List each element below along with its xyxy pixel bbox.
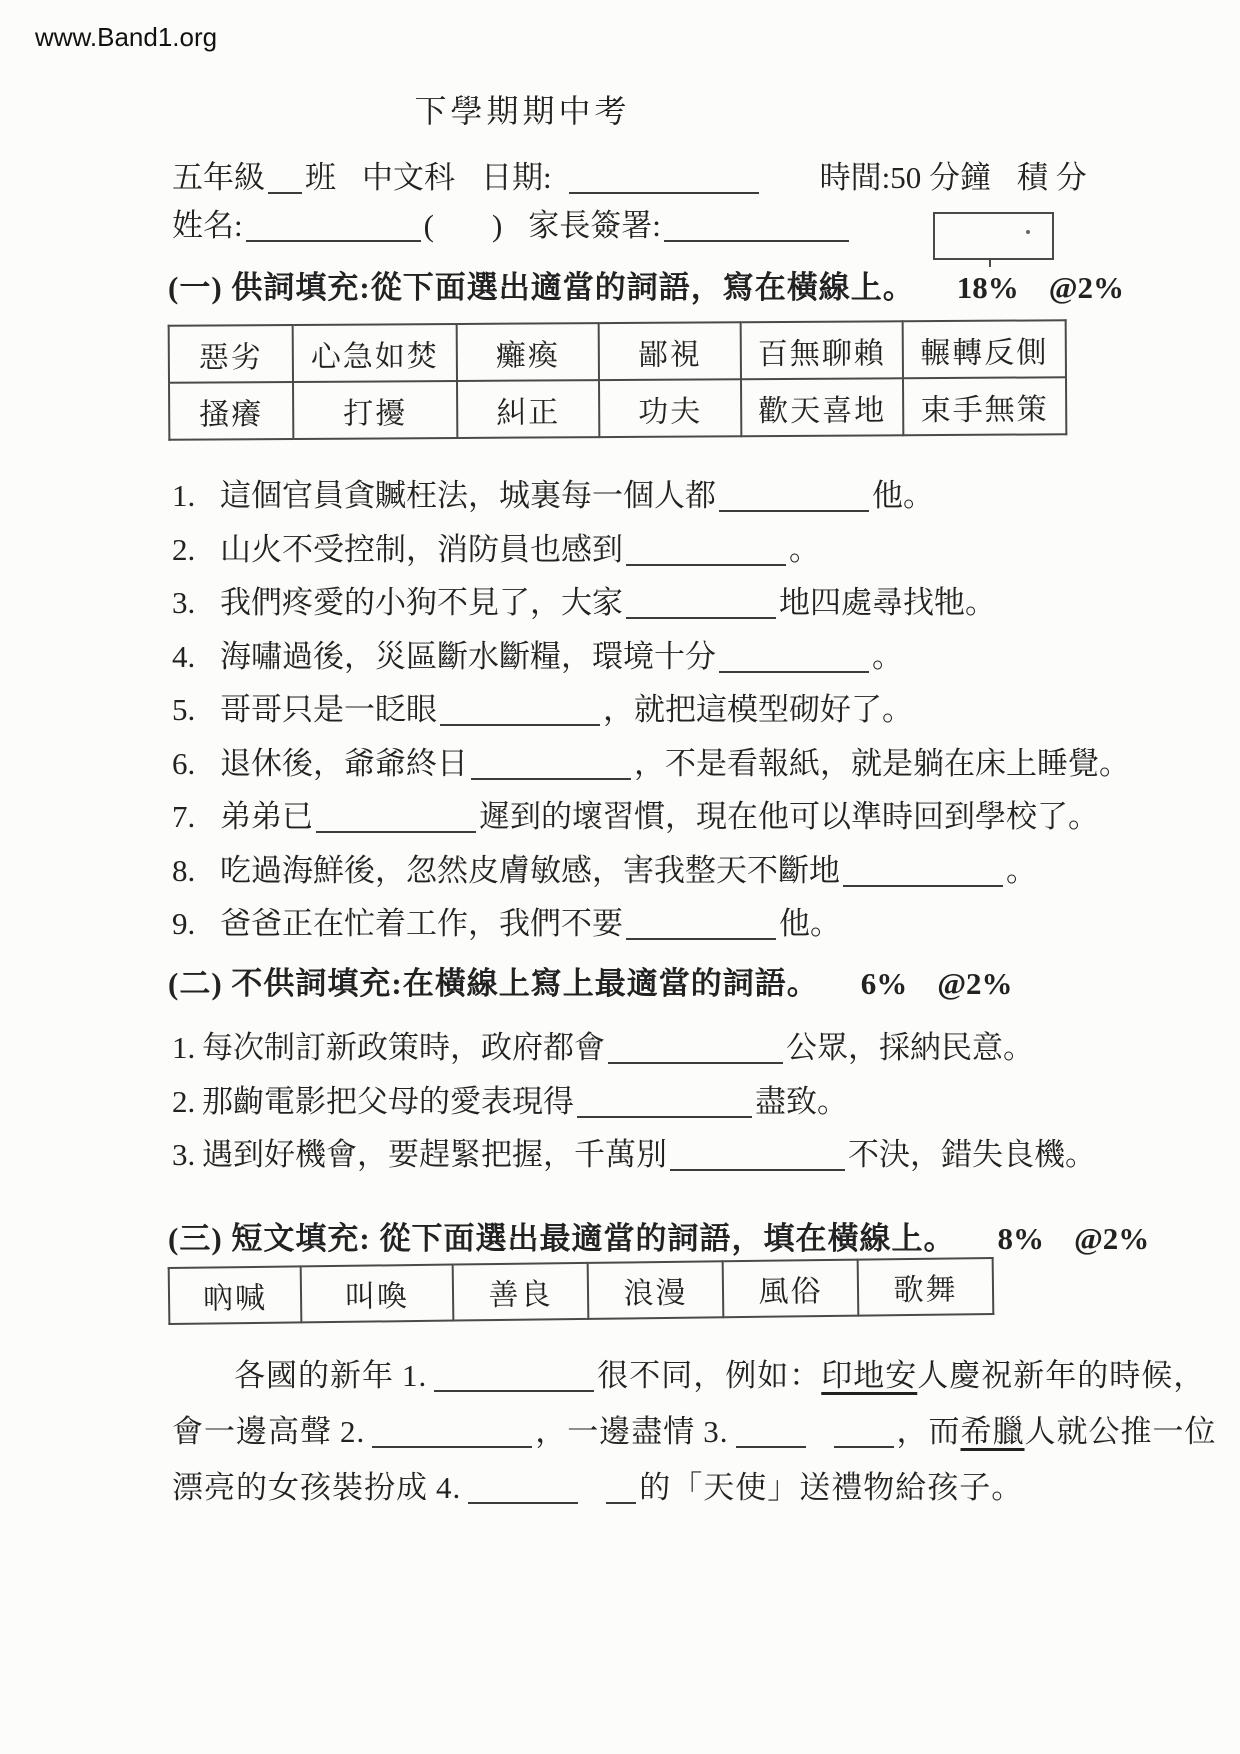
passage-text: 的「天使」送禮物給孩子。	[639, 1470, 1023, 1505]
word-bank-cell: 糾正	[457, 380, 599, 438]
question-text: ，就把這模型砌好了。	[603, 692, 913, 727]
answer-blank-line	[670, 1139, 845, 1171]
answer-blank-line	[719, 641, 869, 673]
passage-text: 很不同，例如：	[597, 1358, 821, 1393]
section1-heading: (一) 供詞填充:從下面選出適當的詞語，寫在橫線上。18%@2%	[168, 262, 1124, 307]
word-bank-cell: 束手無策	[903, 377, 1066, 435]
word-bank-cell: 吶喊	[169, 1266, 302, 1324]
section2-heading-text: (二) 不供詞填充:在橫線上寫上最適當的詞語。	[168, 966, 819, 1001]
section2-heading: (二) 不供詞填充:在橫線上寫上最適當的詞語。6%@2%	[168, 958, 1013, 1003]
passage-blank-number: 1.	[402, 1358, 427, 1393]
question-number: 1.	[172, 1030, 196, 1066]
class-blank-line	[268, 162, 302, 194]
question-number: 2.	[172, 1084, 196, 1120]
answer-blank-line	[434, 1360, 594, 1392]
question-line: 1.每次制訂新政策時，政府都會公眾，採納民意。	[172, 1022, 1210, 1076]
passage-blank-number: 4.	[436, 1470, 461, 1505]
word-bank-cell: 心急如焚	[293, 324, 457, 382]
section1-questions: 1.這個官員貪贓枉法，城裏每一個人都他。 2.山火不受控制，消防員也感到。 3.…	[172, 470, 1210, 952]
question-text: 吃過海鮮後，忽然皮膚敏感，害我整天不斷地	[220, 853, 840, 888]
question-text: 哥哥只是一眨眼	[220, 692, 437, 727]
paren-open: (	[424, 208, 434, 243]
name-blank-line	[246, 210, 421, 242]
score-box	[933, 212, 1054, 260]
grade-label: 五年級	[172, 160, 265, 195]
paren-close: )	[492, 208, 502, 243]
question-line: 9.爸爸正在忙着工作，我們不要他。	[172, 898, 1210, 952]
question-text: 遲到的壞習慣，現在他可以準時回到學校了。	[479, 799, 1099, 834]
word-bank-cell: 百無聊賴	[741, 321, 903, 379]
date-blank-line	[569, 162, 759, 194]
exam-title: 下學期期中考	[0, 86, 1045, 132]
watermark: www.Band1.org	[35, 22, 217, 53]
answer-blank-line	[468, 1472, 578, 1504]
question-text: 山火不受控制，消防員也感到	[220, 532, 623, 567]
section3-passage: 各國的新年1.很不同，例如：印地安人慶祝新年的時候，會一邊高聲2.，一邊盡情3.…	[172, 1348, 1220, 1516]
question-text: 爸爸正在忙着工作，我們不要	[220, 906, 623, 941]
question-number: 2.	[172, 532, 204, 568]
section1-marks: 18%	[957, 270, 1019, 305]
section2-per-mark: @2%	[937, 966, 1012, 1001]
scan-speck	[1026, 230, 1030, 234]
passage-text: 各國的新年	[234, 1358, 394, 1393]
word-bank-cell: 歌舞	[858, 1258, 994, 1316]
question-line: 2.山火不受控制，消防員也感到。	[172, 524, 1210, 578]
question-number: 4.	[172, 639, 204, 675]
question-text: 他。	[779, 906, 841, 941]
answer-blank-line	[372, 1416, 532, 1448]
subject-label: 中文科	[362, 160, 455, 195]
word-bank-cell: 善良	[453, 1263, 589, 1321]
answer-blank-line	[834, 1416, 894, 1448]
question-number: 6.	[172, 746, 204, 782]
question-text: 。	[789, 532, 820, 567]
answer-blank-line	[577, 1086, 752, 1118]
question-text: 不決，錯失良機。	[848, 1137, 1096, 1172]
word-bank-cell: 打擾	[293, 381, 457, 439]
question-text: 。	[1006, 853, 1037, 888]
word-bank-cell: 功夫	[599, 379, 741, 437]
question-text: 這個官員貪贓枉法，城裏每一個人都	[220, 478, 716, 513]
question-text: ，不是看報紙，就是躺在床上睡覺。	[634, 746, 1130, 781]
passage-text: ，一邊盡情	[535, 1414, 695, 1449]
time-label: 時間:50 分鐘	[820, 160, 991, 195]
question-line: 1.這個官員貪贓枉法，城裏每一個人都他。	[172, 470, 1210, 524]
section1-per-mark: @2%	[1049, 270, 1124, 305]
question-line: 6.退休後，爺爺終日，不是看報紙，就是躺在床上睡覺。	[172, 738, 1210, 792]
word-bank-row: 吶喊 叫喚 善良 浪漫 風俗 歌舞	[169, 1258, 994, 1324]
section1-word-bank: 惡劣 心急如焚 癱瘓 鄙視 百無聊賴 輾轉反側 搔癢 打擾 糾正 功夫 歡天喜地…	[168, 319, 1068, 440]
answer-blank-line	[606, 1472, 636, 1504]
section3-marks: 8%	[997, 1221, 1044, 1256]
question-number: 3.	[172, 1137, 196, 1173]
scanned-exam-page: www.Band1.org 下學期期中考 五年級班中文科日期:時間:50 分鐘積…	[0, 0, 1240, 1754]
section3-per-mark: @2%	[1074, 1221, 1149, 1256]
word-bank-cell: 風俗	[723, 1260, 859, 1318]
answer-blank-line	[440, 694, 600, 726]
question-line: 8.吃過海鮮後，忽然皮膚敏感，害我整天不斷地。	[172, 845, 1210, 899]
answer-blank-line	[736, 1416, 806, 1448]
question-text: 弟弟已	[220, 799, 313, 834]
question-text: 我們疼愛的小狗不見了，大家	[220, 585, 623, 620]
word-bank-row: 惡劣 心急如焚 癱瘓 鄙視 百無聊賴 輾轉反側	[169, 320, 1066, 382]
question-number: 5.	[172, 692, 204, 728]
passage-blank-number: 3.	[703, 1414, 728, 1449]
question-text: 那齣電影把父母的愛表現得	[202, 1084, 574, 1119]
exam-info-line: 五年級班中文科日期:時間:50 分鐘積 分	[172, 152, 1087, 197]
question-line: 4.海嘯過後，災區斷水斷糧，環境十分。	[172, 631, 1210, 685]
word-bank-cell: 惡劣	[169, 325, 293, 383]
answer-blank-line	[471, 748, 631, 780]
question-number: 1.	[172, 478, 204, 514]
section2-marks: 6%	[861, 966, 908, 1001]
word-bank-cell: 輾轉反側	[903, 320, 1066, 378]
question-number: 7.	[172, 799, 204, 835]
passage-text: ，而	[897, 1414, 961, 1449]
question-line: 7.弟弟已遲到的壞習慣，現在他可以準時回到學校了。	[172, 791, 1210, 845]
answer-blank-line	[843, 855, 1003, 887]
question-line: 2.那齣電影把父母的愛表現得盡致。	[172, 1076, 1210, 1130]
question-line: 5.哥哥只是一眨眼，就把這模型砌好了。	[172, 684, 1210, 738]
section3-word-bank: 吶喊 叫喚 善良 浪漫 風俗 歌舞	[168, 1257, 995, 1325]
class-suffix-label: 班	[305, 160, 336, 195]
question-text: 遇到好機會，要趕緊把握，千萬別	[202, 1137, 667, 1172]
word-bank-cell: 癱瘓	[457, 323, 599, 381]
section3-heading-text: (三) 短文填充: 從下面選出最適當的詞語，填在橫線上。	[168, 1221, 955, 1256]
word-bank-row: 搔癢 打擾 糾正 功夫 歡天喜地 束手無策	[169, 377, 1066, 439]
date-label: 日期:	[481, 160, 552, 195]
question-number: 3.	[172, 585, 204, 621]
guardian-blank-line	[664, 210, 849, 242]
answer-blank-line	[626, 587, 776, 619]
underlined-word: 希臘	[961, 1414, 1025, 1449]
question-text: 地四處尋找牠。	[779, 585, 996, 620]
passage-blank-number: 2.	[340, 1414, 365, 1449]
section1-heading-text: (一) 供詞填充:從下面選出適當的詞語，寫在橫線上。	[168, 270, 915, 305]
question-number: 8.	[172, 853, 204, 889]
question-line: 3.我們疼愛的小狗不見了，大家地四處尋找牠。	[172, 577, 1210, 631]
question-text: 公眾，採納民意。	[786, 1030, 1034, 1065]
answer-blank-line	[316, 801, 476, 833]
answer-blank-line	[626, 534, 786, 566]
answer-blank-line	[608, 1032, 783, 1064]
question-text: 盡致。	[755, 1084, 848, 1119]
question-number: 9.	[172, 906, 204, 942]
section2-questions: 1.每次制訂新政策時，政府都會公眾，採納民意。 2.那齣電影把父母的愛表現得盡致…	[172, 1022, 1210, 1183]
score-label: 積 分	[1017, 160, 1087, 195]
word-bank-cell: 浪漫	[588, 1261, 724, 1319]
question-text: 。	[872, 639, 903, 674]
question-text: 他。	[872, 478, 934, 513]
answer-blank-line	[719, 480, 869, 512]
question-line: 3.遇到好機會，要趕緊把握，千萬別不決，錯失良機。	[172, 1129, 1210, 1183]
question-text: 退休後，爺爺終日	[220, 746, 468, 781]
question-text: 海嘯過後，災區斷水斷糧，環境十分	[220, 639, 716, 674]
question-text: 每次制訂新政策時，政府都會	[202, 1030, 605, 1065]
name-signature-line: 姓名:()家長簽署:	[172, 200, 852, 245]
name-label: 姓名:	[172, 208, 243, 243]
word-bank-cell: 叫喚	[301, 1265, 454, 1323]
section3-heading: (三) 短文填充: 從下面選出最適當的詞語，填在橫線上。8%@2%	[168, 1213, 1149, 1258]
word-bank-cell: 搔癢	[169, 382, 293, 440]
word-bank-cell: 歡天喜地	[741, 378, 903, 436]
underlined-word: 印地安	[821, 1358, 917, 1393]
answer-blank-line	[626, 908, 776, 940]
word-bank-cell: 鄙視	[599, 322, 741, 380]
guardian-sign-label: 家長簽署:	[528, 208, 661, 243]
